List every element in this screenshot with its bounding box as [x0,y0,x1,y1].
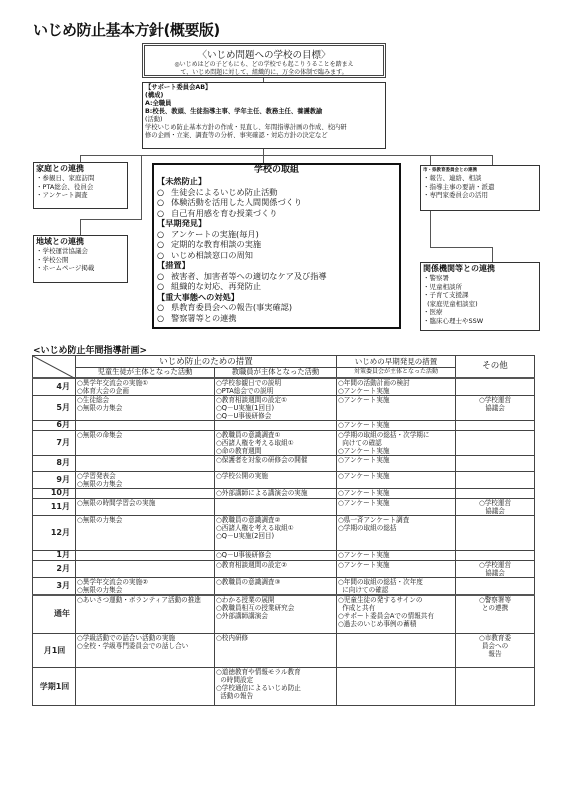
support-member-a: A:全職員 [145,100,383,108]
cell-line: ○Q－U実施(1回目) [216,404,335,412]
staff-activity-cell: ○教職員の意識調査③ [215,577,337,595]
section-serious-cases: 【重大事態への対処】 [157,292,396,303]
student-activity-cell: ○学級活動での話合い活動の実施○全校・学級専門委員会での話し合い [76,634,215,668]
list-item: ・医療 [423,308,537,317]
cell-line: ○Q－U実施(2回目) [216,532,335,540]
cell-line: ○アンケート実施 [338,489,454,497]
cell-line: ○保護者を対象の研修会の開催 [216,456,335,464]
other-cell [456,515,535,550]
list-item: ○生徒会によるいじめ防止活動 [157,187,396,198]
committee-activity-cell: ○アンケート実施 [337,455,456,471]
cell-line: 作成と共有 [338,604,454,612]
cell-line: ○アンケート実施 [338,447,454,455]
month-cell: 4月 [33,378,76,396]
committee-activity-cell: ○県一斉アンケート調査○学期の取組の総括 [337,515,456,550]
cell-line: ○無限の力集会 [77,586,213,594]
committee-activity-cell [337,668,456,706]
cell-line: ○県一斉アンケート調査 [338,516,454,524]
table-row: 10月○外部講師による講演会の実施○アンケート実施 [33,488,535,498]
month-cell: 11月 [33,498,76,515]
month-cell: 12月 [33,515,76,550]
goal-line-1: ◎いじめはどの子どもにも、どの学校でも起こりうることを踏まえ [145,61,383,69]
list-item: ○被害者、加害者等への適切なケア及び指導 [157,271,396,282]
circle-bullet-icon: ○ [157,197,171,208]
cell-line: ○アンケート実施 [338,456,454,464]
list-item: ○いじめ相談窓口の周知 [157,250,396,261]
cell-line: ○無限の力集会 [77,516,213,524]
list-item: ○自己有用感を育む授業づくり [157,208,396,219]
other-cell: ○警察署等との連携 [456,595,535,634]
student-activity-cell [76,455,215,471]
month-cell: 8月 [33,455,76,471]
header-staff-led: 教職員が主体となった活動 [215,368,337,378]
student-activity-cell: ○異学年交流会の実施②○無限の力集会 [76,577,215,595]
staff-activity-cell: ○教育相談週間の設定② [215,560,337,577]
cell-line: ○学期の取組の総括・次学期に [338,431,454,439]
related-organizations-box: 関係機関等との連携 ・警察署 ・児童相談所 ・子育て支援課 (家庭児童相談室) … [420,262,540,331]
staff-activity-cell: ○校内研修 [215,634,337,668]
support-activity-line-2: 修の企画・立案、調査等の分析、事実確認・対応方針の決定など [145,132,383,140]
family-cooperation-box: 家庭との連携 ・参観日、家庭訪問 ・PTA総会、役員会 ・アンケート調査 [33,162,128,209]
other-cell [456,577,535,595]
city-heading: 市・県教育委員会との連携 [423,167,537,174]
other-cell: ○学校運営協議会 [456,395,535,420]
cell-line: ○命の教育週間 [216,447,335,455]
cell-line: ○アンケート実施 [338,387,454,395]
other-cell [456,668,535,706]
family-heading: 家庭との連携 [36,164,125,174]
committee-activity-cell: ○児童生徒の発するサインの 作成と共有○サポート委員会Aでの情報共有○過去のいじ… [337,595,456,634]
committee-activity-cell: ○年間の取組の総括・次年度 に向けての確認 [337,577,456,595]
list-item: ○アンケートの実施(毎月) [157,229,396,240]
student-activity-cell: ○異学年交流会の実施①○体育大会の企画 [76,378,215,396]
header-student-led: 児童生徒が主体となった活動 [76,368,215,378]
cell-line: ○警察署等 [457,596,533,604]
header-committee-led: 対策委員会が主体となった活動 [337,368,456,378]
cell-line: ○異学年交流会の実施② [77,578,213,586]
cell-line: ○PTA総会での説明 [216,387,335,395]
support-committee-box: 【サポート委員会AB】 (構成) A:全職員 B:校長、教頭、生徒指導主事、学年… [142,82,386,149]
cell-line: ○Q－U事後研修会 [216,412,335,420]
header-early-detection: いじめの早期発見の措置 [337,356,456,368]
staff-activity-cell: ○教育相談週間の設定①○Q－U実施(1回目)○Q－U事後研修会 [215,395,337,420]
connector-orgs-h [430,247,493,248]
committee-activity-cell: ○学期の取組の総括・次学期に 向けての確認○アンケート実施 [337,430,456,455]
cell-line: 員会への [457,642,533,650]
cell-line: ○学習発表会 [77,472,213,480]
month-cell: 5月 [33,395,76,420]
header-other: その他 [456,356,535,378]
cell-line: ○外部講師による講演会の実施 [216,489,335,497]
student-activity-cell [76,560,215,577]
month-cell: 1月 [33,550,76,560]
staff-activity-cell: ○保護者を対象の研修会の開催 [215,455,337,471]
other-cell [456,420,535,430]
committee-activity-cell: ○アンケート実施 [337,550,456,560]
page-title: いじめ防止基本方針(概要版) [33,19,220,40]
cell-line: ○アンケート実施 [338,499,454,507]
circle-bullet-icon: ○ [157,271,171,282]
circle-bullet-icon: ○ [157,239,171,250]
cell-line: ○無限の命集会 [77,431,213,439]
corner-cell [33,356,76,378]
cell-line: ○児童生徒の発するサインの [338,596,454,604]
cell-line: ○全校・学級専門委員会での話し合い [77,642,213,650]
orgs-heading: 関係機関等との連携 [423,264,537,274]
staff-activity-cell: ○学校公開の実施 [215,471,337,488]
section-prevention: 【未然防止】 [157,176,396,187]
staff-activity-cell [215,498,337,515]
student-activity-cell [76,550,215,560]
cell-line: ○校内研修 [216,634,335,642]
circle-bullet-icon: ○ [157,302,171,313]
cell-line: ○異学年交流会の実施① [77,379,213,387]
student-activity-cell: ○学習発表会○無限の力集会 [76,471,215,488]
table-row: 2月○教育相談週間の設定②○アンケート実施○学校運営協議会 [33,560,535,577]
section-early-detection: 【早期発見】 [157,218,396,229]
month-cell: 3月 [33,577,76,595]
cell-line: ○サポート委員会Aでの情報共有 [338,612,454,620]
table-row: 7月○無限の命集会○教職員の意識調査①○西諸人権を考える取組①○命の教育週間○学… [33,430,535,455]
list-item: ○体験活動を活用した人間関係づくり [157,197,396,208]
cell-line: ○教育相談週間の設定① [216,396,335,404]
cell-line: に向けての確認 [338,586,454,594]
support-heading: 【サポート委員会AB】 [145,84,383,92]
cell-line: ○生徒総会 [77,396,213,404]
cell-line: ○学期の取組の総括 [338,524,454,532]
circle-bullet-icon: ○ [157,281,171,292]
table-row: 9月○学習発表会○無限の力集会○学校公開の実施○アンケート実施 [33,471,535,488]
cell-line: ○学校運営 [457,499,533,507]
list-item: ・学校公開 [36,256,125,265]
goal-heading: 〈いじめ問題への学校の目標〉 [145,47,383,61]
staff-activity-cell: ○教職員の意識調査①○西諸人権を考える取組①○命の教育週間 [215,430,337,455]
support-activity-label: (活動) [145,116,383,124]
circle-bullet-icon: ○ [157,208,171,219]
month-cell: 通年 [33,595,76,634]
school-heading: 学校の取組 [157,165,396,176]
table-row: 4月○異学年交流会の実施①○体育大会の企画○学校参観日での説明○PTA総会での説… [33,378,535,396]
circle-bullet-icon: ○ [157,313,171,324]
list-item: ・専門家委員会の活用 [423,191,537,200]
list-item: (家庭児童相談室) [423,300,537,309]
list-item: ・ホームページ掲載 [36,264,125,273]
cell-line: ○わかる授業の展開 [216,596,335,604]
other-cell [456,378,535,396]
other-cell [456,550,535,560]
staff-activity-cell [215,420,337,430]
student-activity-cell [76,420,215,430]
table-row: 8月○保護者を対象の研修会の開催○アンケート実施 [33,455,535,471]
month-cell: 2月 [33,560,76,577]
cell-line: ○あいさつ運動・ボランティア活動の推進 [77,596,213,604]
goal-line-2: て、いじめ問題に対して、組織的に、万全の体制で臨みます。 [145,69,383,77]
annual-plan-table: いじめ防止のための措置 いじめの早期発見の措置 その他 児童生徒が主体となった活… [32,355,535,706]
table-row: 12月○無限の力集会○教職員の意識調査②○西諸人権を考える取組①○Q－U実施(2… [33,515,535,550]
cell-line: ○年間の活動計画の検討 [338,379,454,387]
month-cell: 学期1回 [33,668,76,706]
list-item: ・参観日、家庭訪問 [36,174,125,183]
cell-line: ○アンケート実施 [338,551,454,559]
support-activity-line-1: 学校いじめ防止基本方針の作成・見直し、年間指導計画の作成、校内研 [145,124,383,132]
staff-activity-cell: ○学校参観日での説明○PTA総会での説明 [215,378,337,396]
support-member-b: B:校長、教頭、生徒指導主事、学年主任、教務主任、養護教諭 [145,108,383,116]
connector-city-h [430,155,493,156]
table-row: 1月○Q－U事後研修会○アンケート実施 [33,550,535,560]
committee-activity-cell: ○アンケート実施 [337,498,456,515]
community-cooperation-box: 地域との連携 ・学校運営協議会 ・学校公開 ・ホームページ掲載 [33,235,128,283]
list-item: ・子育て支援課 [423,291,537,300]
cell-line: ○アンケート実施 [338,396,454,404]
cell-line: 協議会 [457,404,533,412]
cell-line: ○市教育委 [457,634,533,642]
list-item: ・アンケート調査 [36,191,125,200]
cell-line: ○外部講師講演会 [216,612,335,620]
cell-line: 協議会 [457,569,533,577]
month-cell: 月1回 [33,634,76,668]
diagonal-line-icon [33,356,76,379]
cell-line: ○学校参観日での説明 [216,379,335,387]
cell-line: ○体育大会の企画 [77,387,213,395]
committee-activity-cell: ○アンケート実施 [337,471,456,488]
student-activity-cell: ○無限の命集会 [76,430,215,455]
staff-activity-cell: ○外部講師による講演会の実施 [215,488,337,498]
cell-line: ○年間の取組の総括・次年度 [338,578,454,586]
list-item: ・指導主事の要請・派遣 [423,183,537,192]
other-cell [456,488,535,498]
committee-activity-cell: ○アンケート実施 [337,488,456,498]
staff-activity-cell: ○道徳教育や情報モラル教育 の時間設定○学校通信によるいじめ防止 活動の報告 [215,668,337,706]
table-row: 月1回○学級活動での話合い活動の実施○全校・学級専門委員会での話し合い○校内研修… [33,634,535,668]
committee-activity-cell: ○アンケート実施 [337,395,456,420]
connector-community-h [80,219,142,220]
other-cell [456,430,535,455]
list-item: ・警察署 [423,274,537,283]
cell-line: ○教育相談週間の設定② [216,561,335,569]
circle-bullet-icon: ○ [157,229,171,240]
cell-line: ○教職員の意識調査③ [216,578,335,586]
other-cell: ○学校運営協議会 [456,560,535,577]
committee-activity-cell: ○年間の活動計画の検討○アンケート実施 [337,378,456,396]
education-board-box: 市・県教育委員会との連携 ・報告、連絡、相談 ・指導主事の要請・派遣 ・専門家委… [420,165,540,211]
month-cell: 6月 [33,420,76,430]
other-cell [456,471,535,488]
table-row: 11月○無限の時間学習会の実施○アンケート実施○学校運営協議会 [33,498,535,515]
cell-line: の時間設定 [216,676,335,684]
other-cell: ○学校運営協議会 [456,498,535,515]
cell-line: ○過去のいじめ事例の蓄積 [338,620,454,628]
cell-line: ○教職員相互の授業研究会 [216,604,335,612]
list-item: ○県教育委員会への報告(事実確認) [157,302,396,313]
student-activity-cell: ○無限の力集会 [76,515,215,550]
cell-line: ○西諸人権を考える取組① [216,524,335,532]
student-activity-cell [76,668,215,706]
cell-line: 報告 [457,650,533,658]
connector-horizontal [80,155,430,156]
cell-line: ○無限の力集会 [77,404,213,412]
month-cell: 10月 [33,488,76,498]
list-item: ○警察署等との連携 [157,313,396,324]
support-composition-label: (構成) [145,92,383,100]
connector-family [80,155,81,162]
table-row: 5月○生徒総会○無限の力集会○教育相談週間の設定①○Q－U実施(1回目)○Q－U… [33,395,535,420]
cell-line: ○教職員の意識調査① [216,431,335,439]
list-item: ○組織的な対応、再発防止 [157,281,396,292]
table-row: 3月○異学年交流会の実施②○無限の力集会○教職員の意識調査③○年間の取組の総括・… [33,577,535,595]
month-cell: 9月 [33,471,76,488]
list-item: ・PTA総会、役員会 [36,183,125,192]
table-row: 通年○あいさつ運動・ボランティア活動の推進○わかる授業の展開○教職員相互の授業研… [33,595,535,634]
month-cell: 7月 [33,430,76,455]
list-item: ○定期的な教育相談の実施 [157,239,396,250]
student-activity-cell: ○生徒総会○無限の力集会 [76,395,215,420]
cell-line: ○Q－U事後研修会 [216,551,335,559]
cell-line: ○無限の時間学習会の実施 [77,499,213,507]
cell-line: ○学校公開の実施 [216,472,335,480]
table-row: 6月○アンケート実施 [33,420,535,430]
cell-line: 活動の報告 [216,692,335,700]
circle-bullet-icon: ○ [157,187,171,198]
cell-line: ○アンケート実施 [338,561,454,569]
cell-line: ○学校運営 [457,396,533,404]
connector-city [492,155,493,165]
section-measures: 【措置】 [157,260,396,271]
student-activity-cell: ○あいさつ運動・ボランティア活動の推進 [76,595,215,634]
cell-line: ○アンケート実施 [338,421,454,429]
cell-line: 向けての確認 [338,439,454,447]
community-heading: 地域との連携 [36,237,125,247]
cell-line: ○アンケート実施 [338,472,454,480]
list-item: ・報告、連絡、相談 [423,174,537,183]
list-item: ・学校運営協議会 [36,247,125,256]
cell-line: ○道徳教育や情報モラル教育 [216,668,335,676]
cell-line: ○学級活動での話合い活動の実施 [77,634,213,642]
staff-activity-cell: ○Q－U事後研修会 [215,550,337,560]
student-activity-cell: ○無限の時間学習会の実施 [76,498,215,515]
cell-line: ○無限の力集会 [77,480,213,488]
cell-line: 協議会 [457,507,533,515]
cell-line: ○教職員の意識調査② [216,516,335,524]
circle-bullet-icon: ○ [157,250,171,261]
connector-community [80,219,81,235]
cell-line: ○学校通信によるいじめ防止 [216,684,335,692]
staff-activity-cell: ○教職員の意識調査②○西諸人権を考える取組①○Q－U実施(2回目) [215,515,337,550]
header-prevention-measures: いじめ防止のための措置 [76,356,337,368]
school-efforts-box: 学校の取組 【未然防止】 ○生徒会によるいじめ防止活動 ○体験活動を活用した人間… [152,163,401,329]
connector-orgs [492,247,493,262]
cell-line: ○西諸人権を考える取組① [216,439,335,447]
committee-activity-cell: ○アンケート実施 [337,560,456,577]
list-item: ・臨床心理士やSSW [423,317,537,326]
committee-activity-cell [337,634,456,668]
list-item: ・児童相談所 [423,283,537,292]
table-row: 学期1回○道徳教育や情報モラル教育 の時間設定○学校通信によるいじめ防止 活動の… [33,668,535,706]
cell-line: との連携 [457,604,533,612]
other-cell: ○市教育委員会への報告 [456,634,535,668]
cell-line: ○学校運営 [457,561,533,569]
school-goal-box: 〈いじめ問題への学校の目標〉 ◎いじめはどの子どもにも、どの学校でも起こりうるこ… [142,43,386,78]
committee-activity-cell: ○アンケート実施 [337,420,456,430]
student-activity-cell [76,488,215,498]
connector-community-vertical [141,155,142,220]
other-cell [456,455,535,471]
staff-activity-cell: ○わかる授業の展開○教職員相互の授業研究会○外部講師講演会 [215,595,337,634]
connector-support-down [263,149,264,163]
